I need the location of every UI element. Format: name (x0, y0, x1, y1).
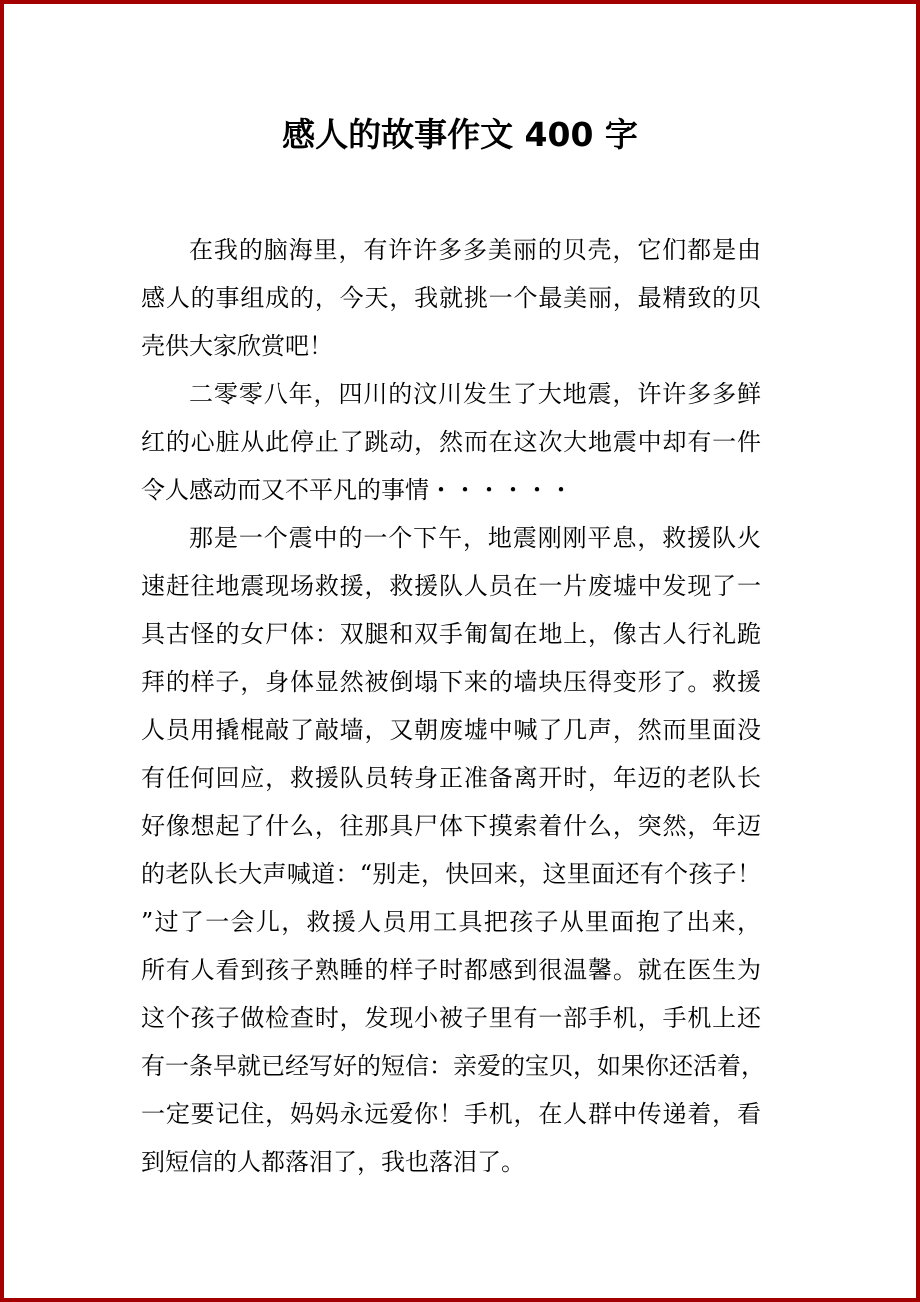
text-line: 红的心脏从此停止了跳动，然而在这次大地震中却有一件 (141, 418, 761, 466)
document-body: 在我的脑海里，有许许多多美丽的贝壳，它们都是由 感人的事组成的，今天，我就挑一个… (141, 226, 761, 1186)
document-title: 感人的故事作文 400 字 (4, 114, 916, 156)
text-line: 的老队长大声喊道：“别走，快回来，这里面还有个孩子！ (141, 850, 761, 898)
paragraph-1: 在我的脑海里，有许许多多美丽的贝壳，它们都是由 感人的事组成的，今天，我就挑一个… (141, 226, 761, 370)
document-page: 感人的故事作文 400 字 在我的脑海里，有许许多多美丽的贝壳，它们都是由 感人… (0, 0, 920, 1302)
text-line: 壳供大家欣赏吧！ (141, 322, 761, 370)
text-line: 有一条早就已经写好的短信：亲爱的宝贝，如果你还活着， (141, 1042, 761, 1090)
text-line: 令人感动而又不平凡的事情・・・・・・ (141, 466, 761, 514)
text-line: 人员用撬棍敲了敲墙，又朝废墟中喊了几声，然而里面没 (141, 706, 761, 754)
text-line: 一定要记住，妈妈永远爱你！手机，在人群中传递着，看 (141, 1090, 761, 1138)
text-line: 有任何回应，救援队员转身正准备离开时，年迈的老队长 (141, 754, 761, 802)
paragraph-3: 那是一个震中的一个下午，地震刚刚平息，救援队火 速赶往地震现场救援，救援队人员在… (141, 514, 761, 1186)
text-line: 在我的脑海里，有许许多多美丽的贝壳，它们都是由 (141, 226, 761, 274)
text-line: 所有人看到孩子熟睡的样子时都感到很温馨。就在医生为 (141, 946, 761, 994)
text-line: 到短信的人都落泪了，我也落泪了。 (141, 1138, 761, 1186)
text-line: 具古怪的女尸体：双腿和双手匍匐在地上，像古人行礼跪 (141, 610, 761, 658)
text-line: 拜的样子，身体显然被倒塌下来的墙块压得变形了。救援 (141, 658, 761, 706)
text-line: 那是一个震中的一个下午，地震刚刚平息，救援队火 (141, 514, 761, 562)
text-line: 二零零八年，四川的汶川发生了大地震，许许多多鲜 (141, 370, 761, 418)
text-line: 速赶往地震现场救援，救援队人员在一片废墟中发现了一 (141, 562, 761, 610)
text-line: 这个孩子做检查时，发现小被子里有一部手机，手机上还 (141, 994, 761, 1042)
paragraph-2: 二零零八年，四川的汶川发生了大地震，许许多多鲜 红的心脏从此停止了跳动，然而在这… (141, 370, 761, 514)
text-line: 感人的事组成的，今天，我就挑一个最美丽，最精致的贝 (141, 274, 761, 322)
text-line: 好像想起了什么，往那具尸体下摸索着什么，突然，年迈 (141, 802, 761, 850)
text-line: ”过了一会儿，救援人员用工具把孩子从里面抱了出来， (141, 898, 761, 946)
